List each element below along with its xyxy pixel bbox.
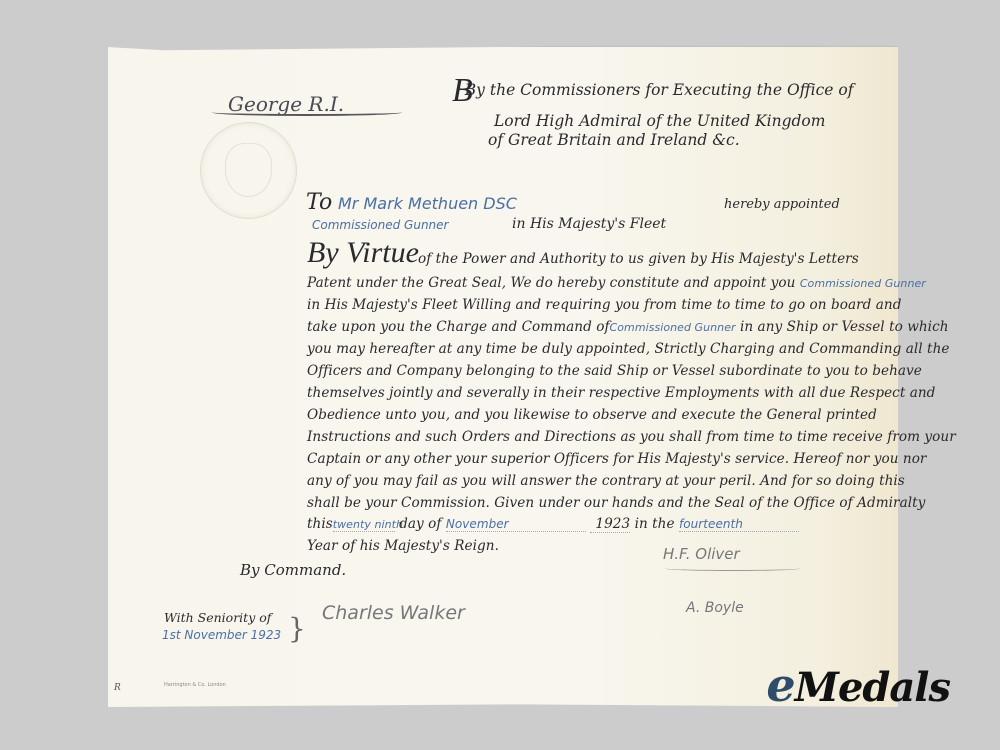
body-line-8: Obedience unto you, and you likewise to … xyxy=(307,407,877,423)
recipient-name: Mr Mark Methuen DSC xyxy=(338,194,517,213)
to-prefix: To xyxy=(306,190,332,215)
body-line-5: you may hereafter at any time be duly ap… xyxy=(307,341,949,357)
date-this: this xyxy=(307,516,333,532)
emedals-logo: eMedals xyxy=(766,658,950,712)
by-virtue: By Virtue xyxy=(307,236,419,270)
body-line-4: take upon you the Charge and Command ofC… xyxy=(307,319,949,335)
reign-line: Year of his Majesty's Reign. xyxy=(307,538,499,554)
by-command: By Command. xyxy=(240,561,346,579)
signature-flourish xyxy=(212,109,402,116)
rank-inline-1: Commissioned Gunner xyxy=(800,277,926,290)
body-line-4-text: take upon you the Charge and Command of xyxy=(307,319,610,335)
seal-emblem-icon xyxy=(225,143,272,197)
body-line-2-text: Patent under the Great Seal, We do hereb… xyxy=(307,275,795,291)
body-line-4-tail: in any Ship or Vessel to which xyxy=(740,319,949,335)
rank: Commissioned Gunner xyxy=(312,218,448,232)
seniority-brace: } xyxy=(288,612,306,645)
date-day: twenty ninth xyxy=(333,518,395,532)
body-line-3: in His Majesty's Fleet Willing and requi… xyxy=(307,297,902,313)
body-line-1: of the Power and Authority to us given b… xyxy=(418,251,859,267)
in-fleet: in His Majesty's Fleet xyxy=(512,216,666,232)
logo-e: e xyxy=(766,658,794,712)
body-line-10: Captain or any other your superior Offic… xyxy=(307,451,926,467)
rank-inline-2: Commissioned Gunner xyxy=(610,321,736,334)
heading-text-1: By the Commissioners for Executing the O… xyxy=(465,81,854,99)
corner-mark: R xyxy=(114,683,121,693)
heading-line-1: BBy the Commissioners for Executing the … xyxy=(452,80,853,101)
date-day-of: day of xyxy=(399,516,441,532)
body-line-9: Instructions and such Orders and Directi… xyxy=(307,429,956,445)
seniority-label: With Seniority of xyxy=(164,610,271,625)
signature-underline xyxy=(665,566,800,571)
body-line-11: any of you may fail as you will answer t… xyxy=(307,473,905,489)
heading-line-3: of Great Britain and Ireland &c. xyxy=(488,130,740,151)
signature-secretary: Charles Walker xyxy=(322,602,465,624)
body-line-2: Patent under the Great Seal, We do hereb… xyxy=(307,275,926,291)
logo-medals: Medals xyxy=(795,664,950,711)
body-line-12: shall be your Commission. Given under ou… xyxy=(307,495,925,511)
seniority-date: 1st November 1923 xyxy=(162,628,281,642)
signature-commissioner-2: A. Boyle xyxy=(686,600,744,616)
date-line: thistwenty ninth day of November 1923 in… xyxy=(307,516,799,533)
date-year: 1923 xyxy=(590,516,630,533)
date-in-the: in the xyxy=(635,516,675,532)
printer-mark: Harrington & Co. London xyxy=(164,682,226,688)
signature-commissioner-1: H.F. Oliver xyxy=(663,545,740,563)
body-line-7: themselves jointly and severally in thei… xyxy=(307,385,935,401)
date-month: November xyxy=(446,517,586,532)
embossed-seal xyxy=(200,122,297,219)
body-line-6: Officers and Company belonging to the sa… xyxy=(307,363,922,379)
hereby-appointed: hereby appointed xyxy=(724,197,840,212)
heading-line-2: Lord High Admiral of the United Kingdom xyxy=(494,111,825,132)
date-reign-year: fourteenth xyxy=(679,517,799,532)
